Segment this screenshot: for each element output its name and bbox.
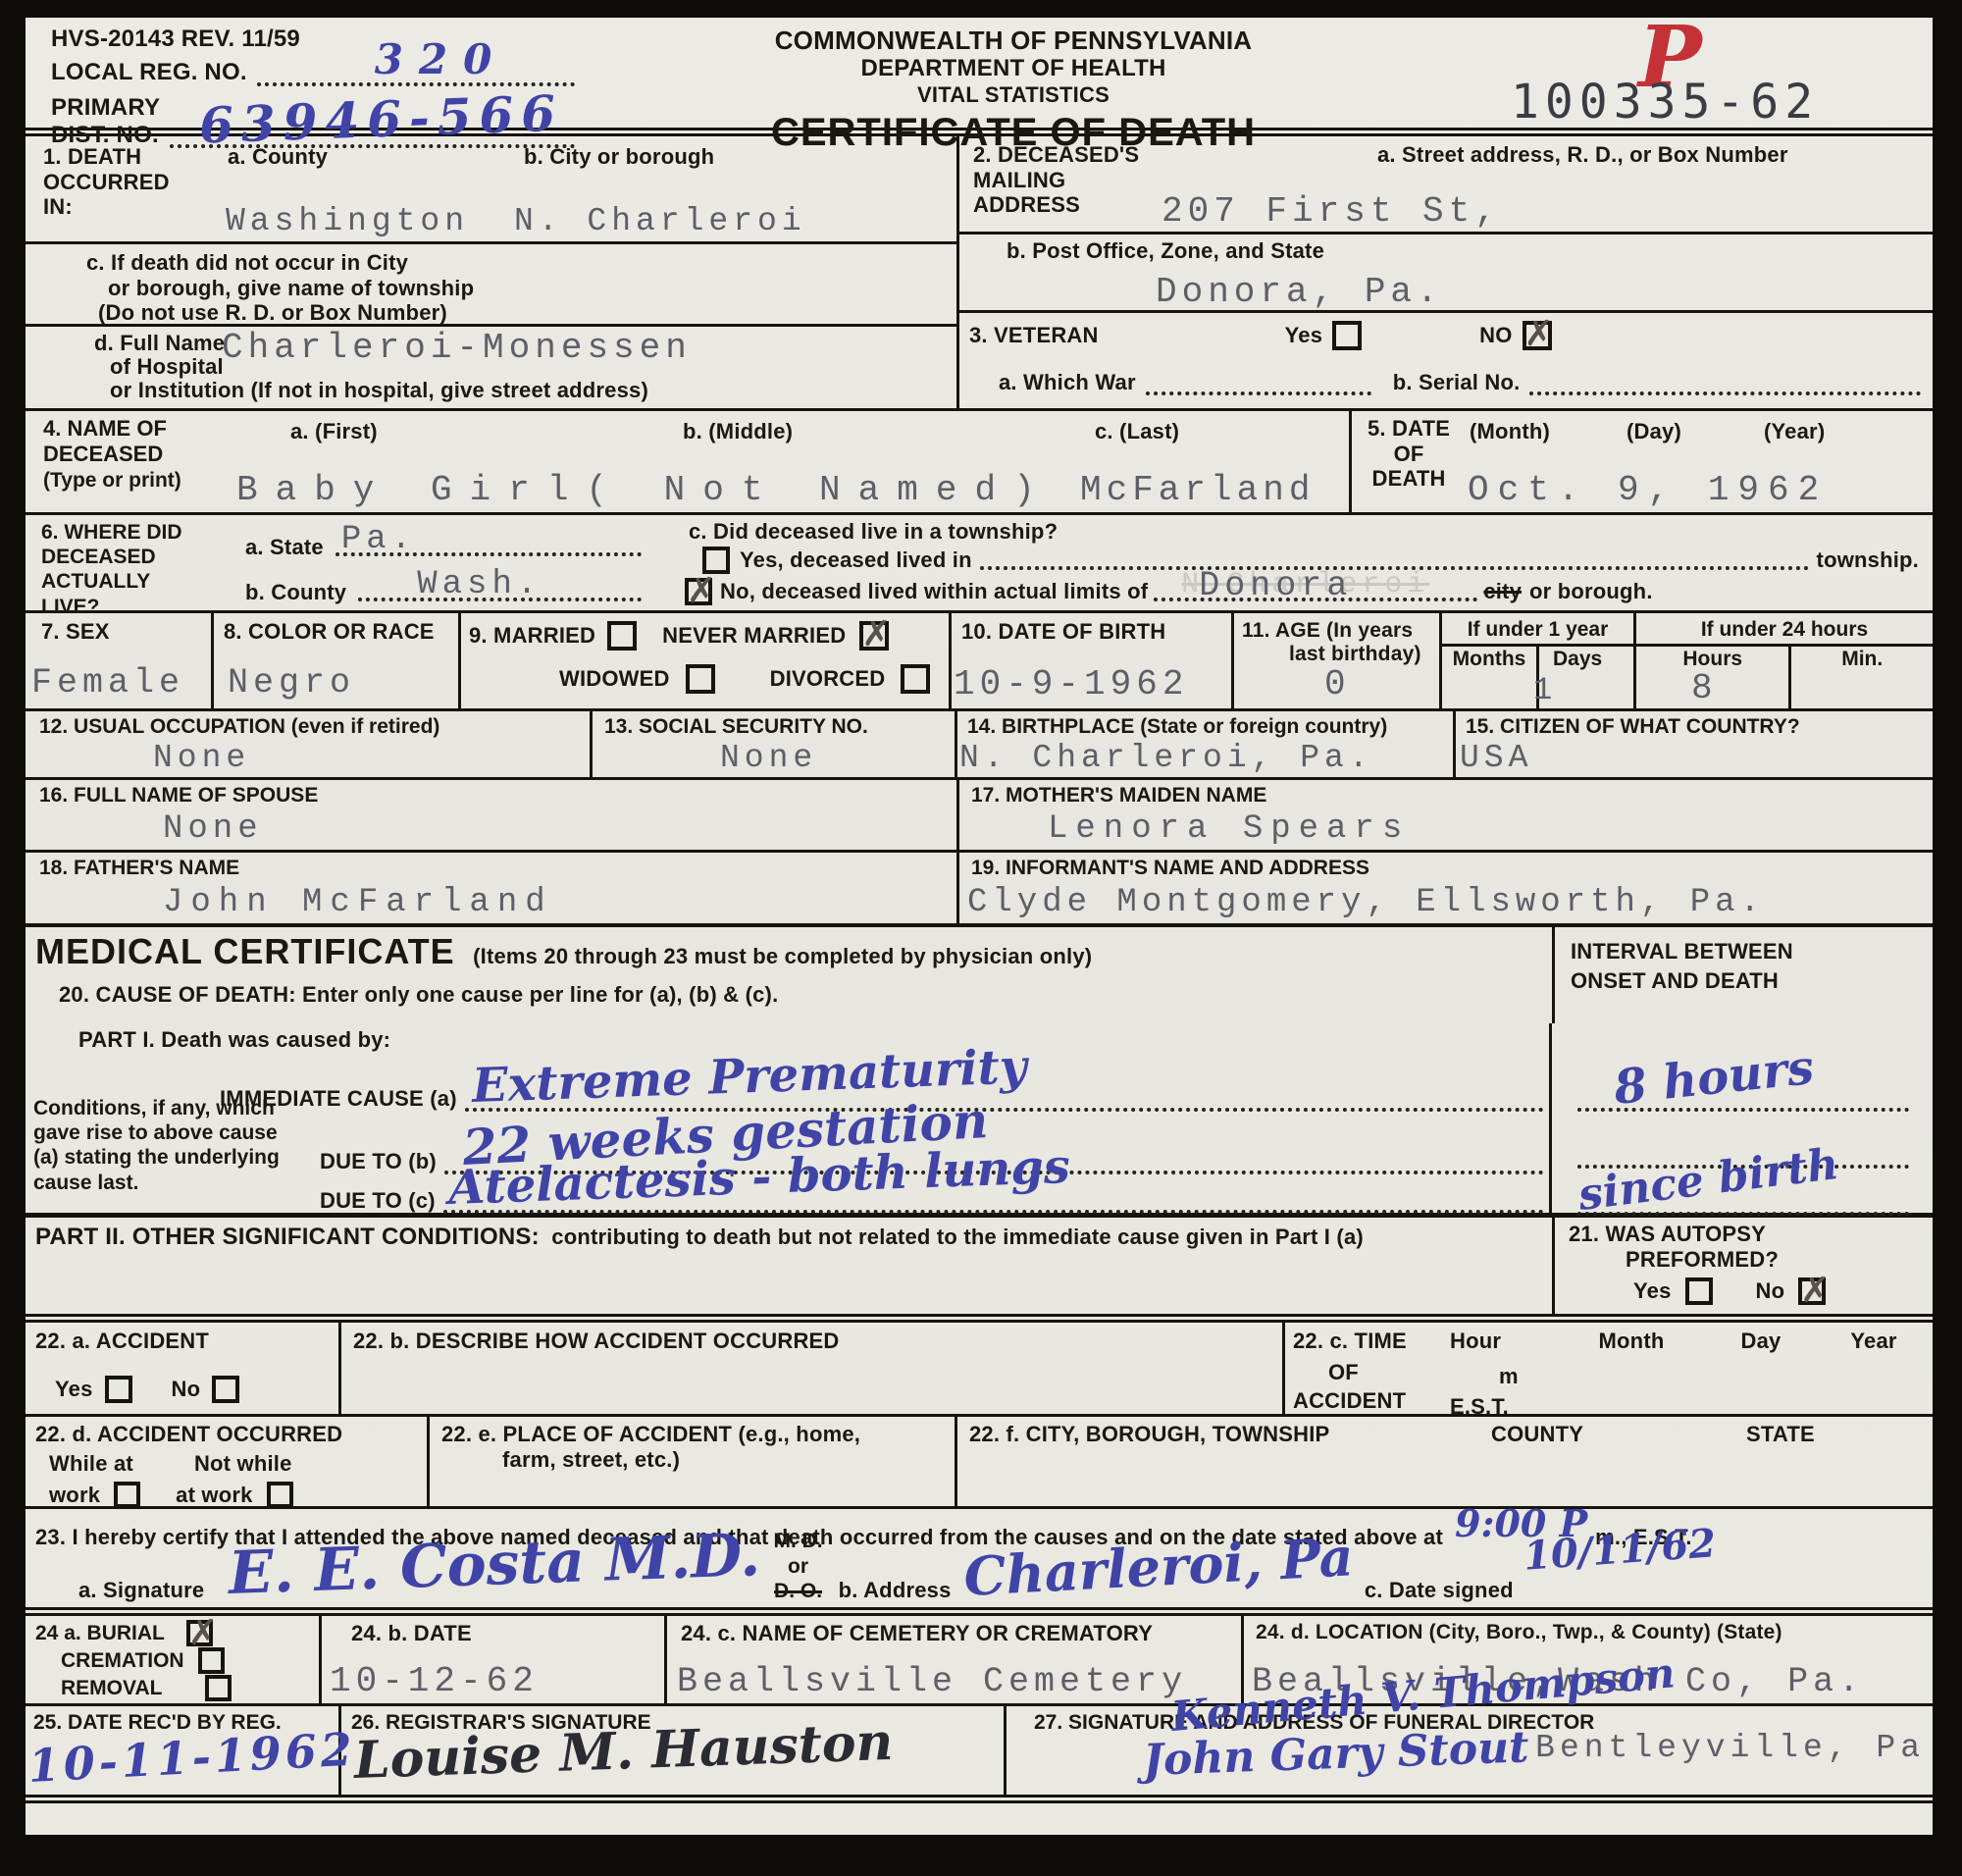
s2b-label: b. Post Office, Zone, and State bbox=[1007, 238, 1324, 264]
certificate-number: 100335-62 bbox=[1511, 78, 1819, 126]
row-death-occurred: 1. DEATH OCCURRED IN: a. County Washingt… bbox=[26, 136, 1933, 411]
s6-yes-suffix: township. bbox=[1817, 547, 1919, 573]
row-accident: 22. a. ACCIDENT Yes No 22. b. DESCRIBE H… bbox=[26, 1323, 1933, 1417]
s11-label-2: last birthday) bbox=[1289, 643, 1421, 666]
s12-value: None bbox=[153, 742, 250, 774]
s18-value: John McFarland bbox=[163, 886, 553, 919]
s10-label: 10. DATE OF BIRTH bbox=[961, 619, 1165, 645]
s1b-value: N. Charleroi bbox=[514, 205, 806, 237]
row-father-informant: 18. FATHER'S NAME John McFarland 19. INF… bbox=[26, 853, 1933, 927]
s1c-line2: or borough, give name of township bbox=[86, 276, 956, 301]
row-sex-race-married: 7. SEX Female 8. COLOR OR RACE Negro 9. … bbox=[26, 613, 1933, 711]
due-to-c-label: DUE TO (c) bbox=[320, 1188, 436, 1214]
s15-value: USA bbox=[1460, 742, 1532, 774]
s22c-l1: 22. c. TIME bbox=[1293, 1329, 1442, 1354]
s22c-month-label: Month bbox=[1599, 1329, 1665, 1353]
s3-yes-label: Yes bbox=[1285, 323, 1323, 348]
s6b-label: b. County bbox=[245, 580, 346, 605]
s6a-line: Pa. bbox=[336, 531, 642, 556]
s14-value: N. Charleroi, Pa. bbox=[959, 742, 1373, 774]
s7-label: 7. SEX bbox=[41, 619, 110, 645]
s23-signature-label: a. Signature bbox=[78, 1578, 204, 1603]
s17-value: Lenora Spears bbox=[1048, 812, 1410, 846]
s22a-no-checkbox bbox=[212, 1376, 239, 1403]
s1d-value: Charleroi-Monessen bbox=[222, 331, 692, 366]
funeral-director-address: Bentleyville, Pa bbox=[1535, 1732, 1925, 1764]
s22b-label: 22. b. DESCRIBE HOW ACCIDENT OCCURRED bbox=[353, 1329, 840, 1353]
bottom-divider bbox=[26, 1795, 1933, 1803]
s13-label: 13. SOCIAL SECURITY NO. bbox=[604, 714, 868, 739]
medical-certificate-subtitle: (Items 20 through 23 must be completed b… bbox=[473, 944, 1092, 968]
s2a-value: 207 First St, bbox=[1162, 194, 1501, 230]
s4-first-middle-value: Baby Girl( Not Named) bbox=[236, 473, 1053, 508]
s6-no-checkbox bbox=[685, 578, 712, 605]
s15-label: 15. CITIZEN OF WHAT COUNTRY? bbox=[1466, 714, 1800, 739]
s22d-work-label: work bbox=[49, 1483, 100, 1508]
s1d-line3: or Institution (If not in hospital, give… bbox=[110, 378, 648, 403]
interval-a-value: 8 hours bbox=[1612, 1044, 1816, 1112]
s8-value: Negro bbox=[228, 666, 355, 701]
s19-label: 19. INFORMANT'S NAME AND ADDRESS bbox=[971, 856, 1369, 880]
interval-header-1: INTERVAL BETWEEN bbox=[1571, 939, 1933, 964]
s22d-atwork-checkbox bbox=[267, 1482, 293, 1508]
s9-widowed-label: WIDOWED bbox=[559, 666, 670, 692]
s9-married-label: 9. MARRIED bbox=[469, 623, 595, 649]
s1d-line2: of Hospital bbox=[110, 354, 224, 380]
local-reg-value: 320 bbox=[375, 39, 508, 80]
s22a-yes-checkbox bbox=[105, 1376, 132, 1403]
s14-label: 14. BIRTHPLACE (State or foreign country… bbox=[967, 714, 1387, 739]
row-cause-of-death: PART I. Death was caused by: Conditions,… bbox=[26, 1023, 1933, 1218]
vital-line: VITAL STATISTICS bbox=[575, 82, 1452, 108]
s1-num: 1. DEATH bbox=[43, 144, 200, 170]
s24-cremation-checkbox bbox=[198, 1647, 225, 1674]
s22a-label: 22. a. ACCIDENT bbox=[35, 1329, 209, 1353]
registrar-signature: Louise M. Hauston bbox=[353, 1717, 894, 1787]
s7-value: Female bbox=[31, 666, 184, 701]
department-line: DEPARTMENT OF HEALTH bbox=[575, 55, 1452, 82]
s5-l3: DEATH bbox=[1368, 466, 1450, 492]
s9-married-checkbox bbox=[607, 621, 637, 651]
s1-in: IN: bbox=[43, 194, 200, 220]
s24d-label: 24. d. LOCATION (City, Boro., Twp., & Co… bbox=[1256, 1621, 1782, 1644]
s6-no-suffix: or borough. bbox=[1529, 579, 1653, 604]
s22a-no-label: No bbox=[172, 1377, 201, 1402]
s6-yes-text: Yes, deceased lived in bbox=[740, 547, 972, 573]
part2-rest: contributing to death but not related to… bbox=[551, 1225, 1364, 1249]
row-spouse-mother: 16. FULL NAME OF SPOUSE None 17. MOTHER'… bbox=[26, 780, 1933, 853]
s5-l2: OF bbox=[1368, 442, 1450, 467]
s11-min-label: Min. bbox=[1841, 648, 1883, 670]
s5-day-label: (Day) bbox=[1626, 419, 1681, 444]
cause-c-line: Atelactesis - both lungs bbox=[443, 1180, 1544, 1214]
s22c-day-label: Day bbox=[1741, 1329, 1781, 1353]
s22c-hour-label: Hour bbox=[1450, 1329, 1556, 1354]
s23-address-label: b. Address bbox=[839, 1578, 952, 1603]
s21-label-1: 21. WAS AUTOPSY bbox=[1569, 1222, 1933, 1247]
s9-never-label: NEVER MARRIED bbox=[662, 623, 846, 649]
s6-l2: DECEASED bbox=[41, 545, 228, 569]
row-registrar: 25. DATE REC'D BY REG. 10-11-1962 26. RE… bbox=[26, 1706, 1933, 1795]
interval-a-line: 8 hours bbox=[1577, 1080, 1909, 1112]
s1c-line3: (Do not use R. D. or Box Number) bbox=[86, 300, 956, 326]
s23-date-signed-value: 10/11/62 bbox=[1523, 1524, 1718, 1577]
interval-header-2: ONSET AND DEATH bbox=[1571, 968, 1933, 994]
s6c-label: c. Did deceased live in a township? bbox=[659, 519, 1919, 545]
s11-hours-value: 8 bbox=[1691, 671, 1718, 706]
s11-hours-label: Hours bbox=[1682, 648, 1742, 670]
s23-date-signed-label: c. Date signed bbox=[1365, 1578, 1514, 1603]
s1a-value: Washington bbox=[226, 205, 469, 237]
s16-label: 16. FULL NAME OF SPOUSE bbox=[39, 783, 318, 808]
conditions-note-4: cause last. bbox=[33, 1171, 280, 1195]
s9-never-checkbox bbox=[859, 621, 889, 651]
s6-no-line: Donora N.Charleroi bbox=[1154, 582, 1477, 601]
masthead: HVS-20143 REV. 11/59 LOCAL REG. NO. 320 … bbox=[26, 18, 1933, 128]
s9-divorced-label: DIVORCED bbox=[770, 666, 886, 692]
s8-label: 8. COLOR OR RACE bbox=[224, 619, 435, 645]
local-reg-label: LOCAL REG. NO. bbox=[51, 59, 247, 86]
s3a-line bbox=[1146, 372, 1371, 395]
s22a-yes-label: Yes bbox=[55, 1377, 93, 1402]
s21-no-label: No bbox=[1756, 1278, 1785, 1304]
s23-or-label: or bbox=[773, 1554, 822, 1579]
s3-label: 3. VETERAN bbox=[969, 323, 1099, 348]
s11-label-1: 11. AGE (In years bbox=[1242, 619, 1413, 643]
s22d-notwhile-label: Not while bbox=[194, 1451, 292, 1477]
part1-label: PART I. Death was caused by: bbox=[78, 1027, 390, 1053]
s2-l1: 2. DECEASED'S bbox=[973, 142, 1152, 168]
medical-certificate-title: MEDICAL CERTIFICATE bbox=[35, 931, 455, 971]
s13-value: None bbox=[720, 742, 817, 774]
primary-label: PRIMARY bbox=[51, 94, 160, 122]
s24-removal-label: REMOVAL bbox=[61, 1676, 162, 1700]
s20-label: 20. CAUSE OF DEATH: Enter only one cause… bbox=[35, 982, 1552, 1008]
s22f-state-label: STATE bbox=[1746, 1422, 1933, 1506]
s6-l1: 6. WHERE DID bbox=[41, 520, 228, 545]
s5-l1: 5. DATE bbox=[1368, 416, 1450, 442]
s24-burial-label: 24 a. BURIAL bbox=[35, 1621, 165, 1645]
s1b-label: b. City or borough bbox=[524, 144, 714, 170]
s21-no-checkbox bbox=[1798, 1277, 1826, 1305]
s3-no-label: NO bbox=[1479, 323, 1512, 348]
s24-burial-checkbox bbox=[186, 1620, 213, 1646]
s6b-value: Wash. bbox=[417, 568, 542, 601]
s5-month-label: (Month) bbox=[1470, 419, 1550, 444]
s6-yes-checkbox bbox=[702, 547, 730, 574]
s6a-label: a. State bbox=[245, 535, 324, 560]
s22c-l3: ACCIDENT bbox=[1293, 1388, 1442, 1414]
s21-yes-checkbox bbox=[1685, 1277, 1713, 1305]
row-name-of-deceased: 4. NAME OF DECEASED (Type or print) a. (… bbox=[26, 411, 1933, 515]
s22d-work-checkbox bbox=[114, 1482, 140, 1508]
s22c-year-label: Year bbox=[1850, 1329, 1896, 1353]
s18-label: 18. FATHER'S NAME bbox=[39, 856, 239, 880]
s22d-label: 22. d. ACCIDENT OCCURRED bbox=[35, 1422, 342, 1446]
s19-value: Clyde Montgomery, Ellsworth, Pa. bbox=[967, 886, 1765, 919]
part2-divider bbox=[26, 1314, 1933, 1323]
certification-divider bbox=[26, 1607, 1933, 1616]
s24-cremation-label: CREMATION bbox=[61, 1648, 184, 1673]
s21-label-2: PREFORMED? bbox=[1626, 1247, 1933, 1273]
s10-value: 10-9-1962 bbox=[954, 667, 1188, 703]
s24c-label: 24. c. NAME OF CEMETERY OR CREMATORY bbox=[681, 1621, 1153, 1646]
s4-l3: (Type or print) bbox=[43, 468, 181, 493]
local-reg-line: 320 bbox=[257, 55, 575, 86]
s22f-label: 22. f. CITY, BOROUGH, TOWNSHIP bbox=[969, 1422, 1491, 1506]
interval-c-line: since birth bbox=[1577, 1184, 1909, 1216]
s3-no-checkbox bbox=[1523, 321, 1552, 350]
s6-l3: ACTUALLY bbox=[41, 569, 228, 594]
s6-no-ghost-value: N.Charleroi bbox=[1181, 570, 1429, 599]
s22d-atwork-label: at work bbox=[176, 1483, 252, 1508]
s9-widowed-checkbox bbox=[686, 664, 715, 694]
physician-signature: E. E. Costa M.D. bbox=[228, 1526, 761, 1603]
row-accident-place: 22. d. ACCIDENT OCCURRED While at Not wh… bbox=[26, 1417, 1933, 1509]
immediate-cause-label: IMMEDIATE CAUSE (a) bbox=[220, 1086, 457, 1112]
s22e-label-1: 22. e. PLACE OF ACCIDENT (e.g., home, bbox=[441, 1422, 955, 1447]
s1c-line1: c. If death did not occur in City bbox=[86, 250, 956, 276]
death-certificate-scan: HVS-20143 REV. 11/59 LOCAL REG. NO. 320 … bbox=[26, 18, 1933, 1835]
row-where-lived: 6. WHERE DID DECEASED ACTUALLY LIVE? a. … bbox=[26, 515, 1933, 613]
due-to-b-label: DUE TO (b) bbox=[320, 1149, 437, 1174]
s9-divorced-checkbox bbox=[901, 664, 930, 694]
s17-label: 17. MOTHER'S MAIDEN NAME bbox=[971, 783, 1266, 808]
s1-occurred: OCCURRED bbox=[43, 170, 200, 195]
s2a-label: a. Street address, R. D., or Box Number bbox=[1377, 142, 1788, 168]
conditions-note-3: (a) stating the underlying bbox=[33, 1145, 280, 1170]
row-occupation-ssn: 12. USUAL OCCUPATION (even if retired) N… bbox=[26, 711, 1933, 780]
s2-l3: ADDRESS bbox=[973, 192, 1152, 218]
s3-yes-checkbox bbox=[1332, 321, 1362, 350]
funeral-director-signature-2: John Gary Stout bbox=[1142, 1726, 1529, 1783]
s2-l2: MAILING bbox=[973, 168, 1152, 193]
s22c-est-label: E.S.T. bbox=[1450, 1394, 1556, 1420]
s23-md-label: M. D. bbox=[773, 1529, 822, 1553]
s1d-line1: d. Full Name bbox=[94, 331, 225, 356]
s24c-value: Beallsville Cemetery bbox=[677, 1665, 1187, 1699]
s24b-value: 10-12-62 bbox=[330, 1664, 539, 1699]
s6-city-word: city bbox=[1483, 579, 1522, 604]
s11-months-label: Months bbox=[1453, 648, 1526, 670]
s4-l1: 4. NAME OF bbox=[43, 416, 181, 442]
s3b-label: b. Serial No. bbox=[1393, 370, 1521, 395]
s21-yes-label: Yes bbox=[1633, 1278, 1672, 1304]
s24b-label: 24. b. DATE bbox=[351, 1621, 472, 1646]
s6-yes-line bbox=[980, 550, 1809, 570]
s5-value: Oct. 9, 1962 bbox=[1468, 473, 1828, 508]
s23-address-value: Charleroi, Pa bbox=[962, 1530, 1355, 1603]
s22c-l2: OF bbox=[1328, 1360, 1442, 1385]
s2b-value: Donora, Pa. bbox=[1156, 275, 1443, 310]
s22c-m-label: m bbox=[1499, 1364, 1556, 1389]
s4-middle-label: b. (Middle) bbox=[683, 419, 793, 444]
s3b-line bbox=[1529, 372, 1921, 395]
row-medical-header: MEDICAL CERTIFICATE (Items 20 through 23… bbox=[26, 927, 1933, 1023]
s22d-while-label: While at bbox=[49, 1451, 133, 1477]
s5-year-label: (Year) bbox=[1764, 419, 1825, 444]
conditions-note-2: gave rise to above cause bbox=[33, 1120, 280, 1145]
s22e-label-2: farm, street, etc.) bbox=[502, 1447, 955, 1473]
s1a-label: a. County bbox=[228, 144, 328, 170]
s11-days-value: 1 bbox=[1533, 675, 1557, 706]
s3a-label: a. Which War bbox=[999, 370, 1136, 395]
s4-first-label: a. (First) bbox=[290, 419, 378, 444]
s11-under1-header: If under 1 year bbox=[1442, 613, 1633, 647]
s6b-line: Wash. bbox=[358, 576, 642, 601]
s25-value: 10-11-1962 bbox=[27, 1727, 357, 1789]
cause-a-line: Extreme Prematurity bbox=[465, 1078, 1544, 1112]
s12-label: 12. USUAL OCCUPATION (even if retired) bbox=[39, 714, 439, 739]
s24-removal-checkbox bbox=[205, 1675, 232, 1701]
s23-do-label: D. O. bbox=[773, 1579, 822, 1603]
commonwealth-line: COMMONWEALTH OF PENNSYLVANIA bbox=[575, 26, 1452, 55]
s6-no-text: No, deceased lived within actual limits … bbox=[720, 579, 1148, 604]
s11-days-label: Days bbox=[1553, 648, 1602, 670]
part2-label: PART II. OTHER SIGNIFICANT CONDITIONS: bbox=[35, 1224, 540, 1250]
s4-last-label: c. (Last) bbox=[1095, 419, 1179, 444]
s16-value: None bbox=[163, 812, 263, 846]
s22f-county-label: COUNTY bbox=[1491, 1422, 1746, 1506]
row-part2-autopsy: PART II. OTHER SIGNIFICANT CONDITIONS: c… bbox=[26, 1218, 1933, 1314]
s4-l2: DECEASED bbox=[43, 442, 181, 467]
s6a-value: Pa. bbox=[341, 523, 416, 556]
s11-under24-header: If under 24 hours bbox=[1636, 613, 1933, 647]
s11-value: 0 bbox=[1324, 667, 1351, 703]
s4-last-value: McFarland bbox=[1080, 473, 1315, 508]
row-certification: 23. I hereby certify that I attended the… bbox=[26, 1509, 1933, 1607]
